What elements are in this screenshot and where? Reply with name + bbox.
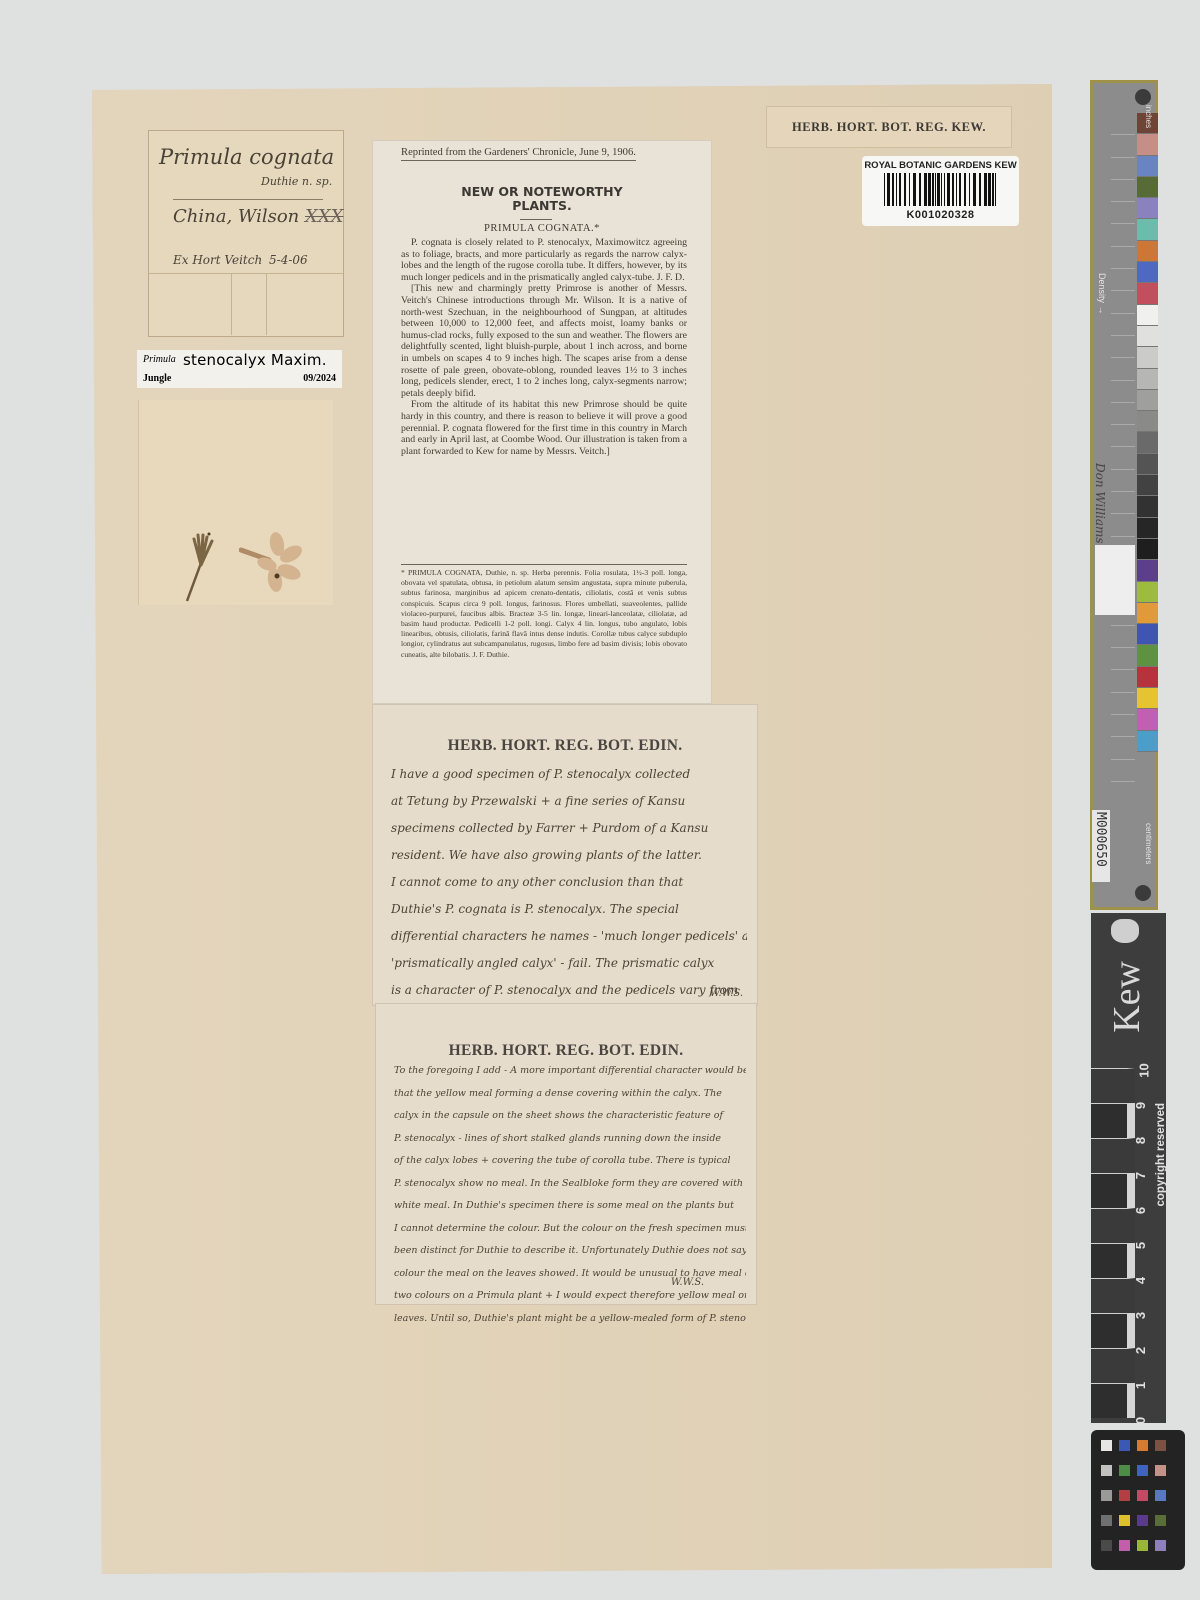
inches-label: inches [1144,105,1153,128]
article-title: NEW OR NOTEWORTHY PLANTS. [373,185,711,213]
checker-patch [1119,1515,1130,1526]
det-genus: Primula [143,354,176,365]
checker-patch [1101,1440,1112,1451]
color-patch [1137,134,1158,155]
note-signature: W.W.S. [671,1277,704,1288]
color-patch [1137,667,1158,688]
barcode-icon [884,173,997,206]
ruler-number: 8 [1133,1137,1148,1144]
note-line: white meal. In Duthie's specimen there i… [394,1195,746,1218]
density-tick [1111,247,1135,269]
packet-tab [231,273,267,335]
color-patch [1137,305,1158,326]
barcode-label: ROYAL BOTANIC GARDENS KEW K001020328 [862,156,1019,226]
det-determiner: Jungle [143,373,171,384]
color-patch [1137,390,1158,411]
target-top-dot [1135,89,1151,105]
article-rule [520,219,552,220]
color-patch [1137,369,1158,390]
printed-article-clipping: Reprinted from the Gardeners' Chronicle,… [372,140,712,704]
color-patch [1137,518,1158,539]
checker-patch [1101,1465,1112,1476]
note-line: at Tetung by Przewalski + a fine series … [391,788,747,815]
density-scale [1111,113,1135,782]
note-line: I cannot determine the colour. But the c… [394,1218,746,1241]
note-signature: W.W.S. [710,988,743,999]
density-tick [1111,358,1135,380]
note-line: differential characters he names - 'much… [391,923,747,950]
checker-patch [1155,1465,1166,1476]
density-tick [1111,626,1135,648]
ruler-number: 7 [1133,1172,1148,1179]
density-tick [1111,336,1135,358]
checker-patch [1101,1490,1112,1501]
color-patch [1137,709,1158,730]
density-tick [1111,135,1135,157]
checker-patch [1137,1490,1148,1501]
color-patch [1137,603,1158,624]
ruler-scale-bar [1091,1068,1135,1418]
target-code: M000650 [1093,812,1108,867]
color-patch [1137,198,1158,219]
checker-patch [1155,1440,1166,1451]
ruler-number: 2 [1133,1347,1148,1354]
color-patch [1137,688,1158,709]
note-line: leaves. Until so, Duthie's plant might b… [394,1308,746,1331]
packet-source: Ex Hort Veitch [173,253,262,267]
color-patch [1137,454,1158,475]
density-tick [1111,381,1135,403]
density-tick [1111,492,1135,514]
ruler-segment [1091,1243,1135,1278]
packet-locality-text: China, Wilson [173,206,299,227]
ruler-segment [1091,1103,1135,1138]
color-patch [1137,177,1158,198]
kew-logo: Kew [1105,961,1149,1033]
ruler-segment [1091,1138,1135,1173]
color-checker-card [1091,1430,1185,1570]
det-species: stenocalyx Maxim. [183,351,327,369]
density-tick [1111,291,1135,313]
density-tick [1111,180,1135,202]
institution-label: HERB. HORT. BOT. REG. KEW. [766,106,1012,148]
determination-slip: Primula stenocalyx Maxim. Jungle 09/2024 [137,350,342,388]
barcode-org: ROYAL BOTANIC GARDENS KEW [862,160,1019,171]
copyright-label: copyright reserved [1155,1103,1167,1207]
checker-patch [1155,1540,1166,1551]
checker-patch [1137,1465,1148,1476]
packet-species-name: Primula cognata [159,145,334,169]
checker-patch [1137,1515,1148,1526]
color-patch [1137,156,1158,177]
note-line: P. stenocalyx show no meal. In the Sealb… [394,1173,746,1196]
article-body: P. cognata is closely related to P. sten… [401,237,687,457]
checker-patch [1137,1540,1148,1551]
edinburgh-note-2: HERB. HORT. REG. BOT. EDIN. To the foreg… [375,1003,757,1305]
ruler-segment [1091,1313,1135,1348]
density-tick [1111,514,1135,536]
checker-patch [1101,1540,1112,1551]
density-tick [1111,269,1135,291]
density-tick [1111,447,1135,469]
color-patch [1137,731,1158,752]
note-line: To the foregoing I add - A more importan… [394,1060,746,1083]
density-tick [1111,670,1135,692]
color-patch [1137,347,1158,368]
ruler-number: 3 [1133,1312,1148,1319]
color-patch [1137,645,1158,666]
note-line: I have a good specimen of P. stenocalyx … [391,761,747,788]
ruler-segment [1091,1208,1135,1243]
packet-date: 5-4-06 [269,253,308,267]
packet-locality: China, Wilson XXX [173,199,323,227]
density-tick [1111,760,1135,782]
note-line: been distinct for Duthie to describe it.… [394,1240,746,1263]
ruler-number: 0 [1133,1417,1148,1424]
pressed-flower-specimen [239,530,309,600]
article-title-line2: PLANTS. [373,199,711,213]
ruler-segment [1091,1278,1135,1313]
article-reprint-line: Reprinted from the Gardeners' Chronicle,… [401,147,636,161]
color-patch [1137,582,1158,603]
article-paragraph: P. cognata is closely related to P. sten… [401,237,687,283]
color-patch [1137,475,1158,496]
article-paragraph: [This new and charmingly pretty Primrose… [401,283,687,399]
note-line: calyx in the capsule on the sheet shows … [394,1105,746,1128]
density-tick [1111,314,1135,336]
article-footnote: * PRIMULA COGNATA, Duthie, n. sp. Herba … [401,568,687,660]
article-title-line1: NEW OR NOTEWORTHY [373,185,711,199]
grey-wedge-label [1095,545,1135,615]
checker-patch [1119,1440,1130,1451]
checker-patch [1119,1490,1130,1501]
ruler-number: 1 [1133,1382,1148,1389]
ruler-segment [1091,1173,1135,1208]
kew-scale-ruler: Kew 109876543210cm copyright reserved [1091,913,1166,1423]
checker-patch [1101,1515,1112,1526]
density-tick [1111,648,1135,670]
color-calibration-target: Density → inches centimeters Don William… [1090,80,1158,910]
density-tick [1111,158,1135,180]
color-patch [1137,411,1158,432]
density-tick [1111,224,1135,246]
target-brand-label: Don Williams [1093,463,1107,544]
density-tick [1111,113,1135,135]
footnote-rule [401,564,687,565]
note-line: specimens collected by Farrer + Purdom o… [391,815,747,842]
color-patch [1137,262,1158,283]
note-handwriting: To the foregoing I add - A more importan… [394,1060,746,1330]
density-tick [1111,715,1135,737]
checker-patch [1119,1540,1130,1551]
ruler-segment [1091,1383,1135,1418]
edinburgh-note-1: HERB. HORT. REG. BOT. EDIN. I have a goo… [372,704,758,1006]
note-line: 'prismatically angled calyx' - fail. The… [391,950,747,977]
density-tick [1111,403,1135,425]
note-line: two colours on a Primula plant + I would… [394,1285,746,1308]
ruler-segment [1091,1348,1135,1383]
color-patch [1137,283,1158,304]
color-patch [1137,560,1158,581]
color-patch [1137,496,1158,517]
density-label: Density → [1097,273,1107,315]
ruler-number: 10 [1137,1063,1152,1077]
note-header: HERB. HORT. REG. BOT. EDIN. [373,737,757,755]
packet-author: Duthie n. sp. [261,175,332,188]
color-patch [1137,219,1158,240]
color-patch [1137,326,1158,347]
note-line: that the yellow meal forming a dense cov… [394,1083,746,1106]
density-tick [1111,693,1135,715]
density-tick [1111,425,1135,447]
note-line: I cannot come to any other conclusion th… [391,869,747,896]
pressed-calyx-specimen [179,525,224,605]
color-patch [1137,241,1158,262]
article-subtitle: PRIMULA COGNATA.* [373,223,711,234]
ruler-number: 5 [1133,1242,1148,1249]
packet-struck-text: XXX [305,206,343,227]
color-patches [1137,113,1155,752]
note-header: HERB. HORT. REG. BOT. EDIN. [376,1042,756,1060]
ruler-number: 6 [1133,1207,1148,1214]
target-bottom-dot [1135,885,1151,901]
det-date: 09/2024 [303,373,336,384]
note-line: P. stenocalyx - lines of short stalked g… [394,1128,746,1151]
note-line: of the calyx lobes + covering the tube o… [394,1150,746,1173]
density-tick [1111,470,1135,492]
kew-crest-icon [1111,919,1139,943]
density-tick [1111,202,1135,224]
ruler-segment [1091,1068,1135,1103]
checker-patch [1155,1490,1166,1501]
specimen-packet: Primula cognata Duthie n. sp. China, Wil… [148,130,344,337]
color-patch [1137,539,1158,560]
centimeters-label: centimeters [1144,823,1153,864]
note-line: resident. We have also growing plants of… [391,842,747,869]
note-line: is a character of P. stenocalyx and the … [391,977,747,1004]
checker-patches [1101,1440,1166,1551]
color-patch [1137,624,1158,645]
checker-patch [1155,1515,1166,1526]
ruler-number: 9 [1133,1102,1148,1109]
barcode-number: K001020328 [862,209,1019,221]
ruler-number: 4 [1133,1277,1148,1284]
article-paragraph: From the altitude of its habitat this ne… [401,399,687,457]
density-tick [1111,737,1135,759]
target-code-label: M000650 [1092,810,1110,882]
color-patch [1137,432,1158,453]
note-line: Duthie's P. cognata is P. stenocalyx. Th… [391,896,747,923]
checker-patch [1137,1440,1148,1451]
specimen-envelope [138,400,333,605]
checker-patch [1119,1465,1130,1476]
